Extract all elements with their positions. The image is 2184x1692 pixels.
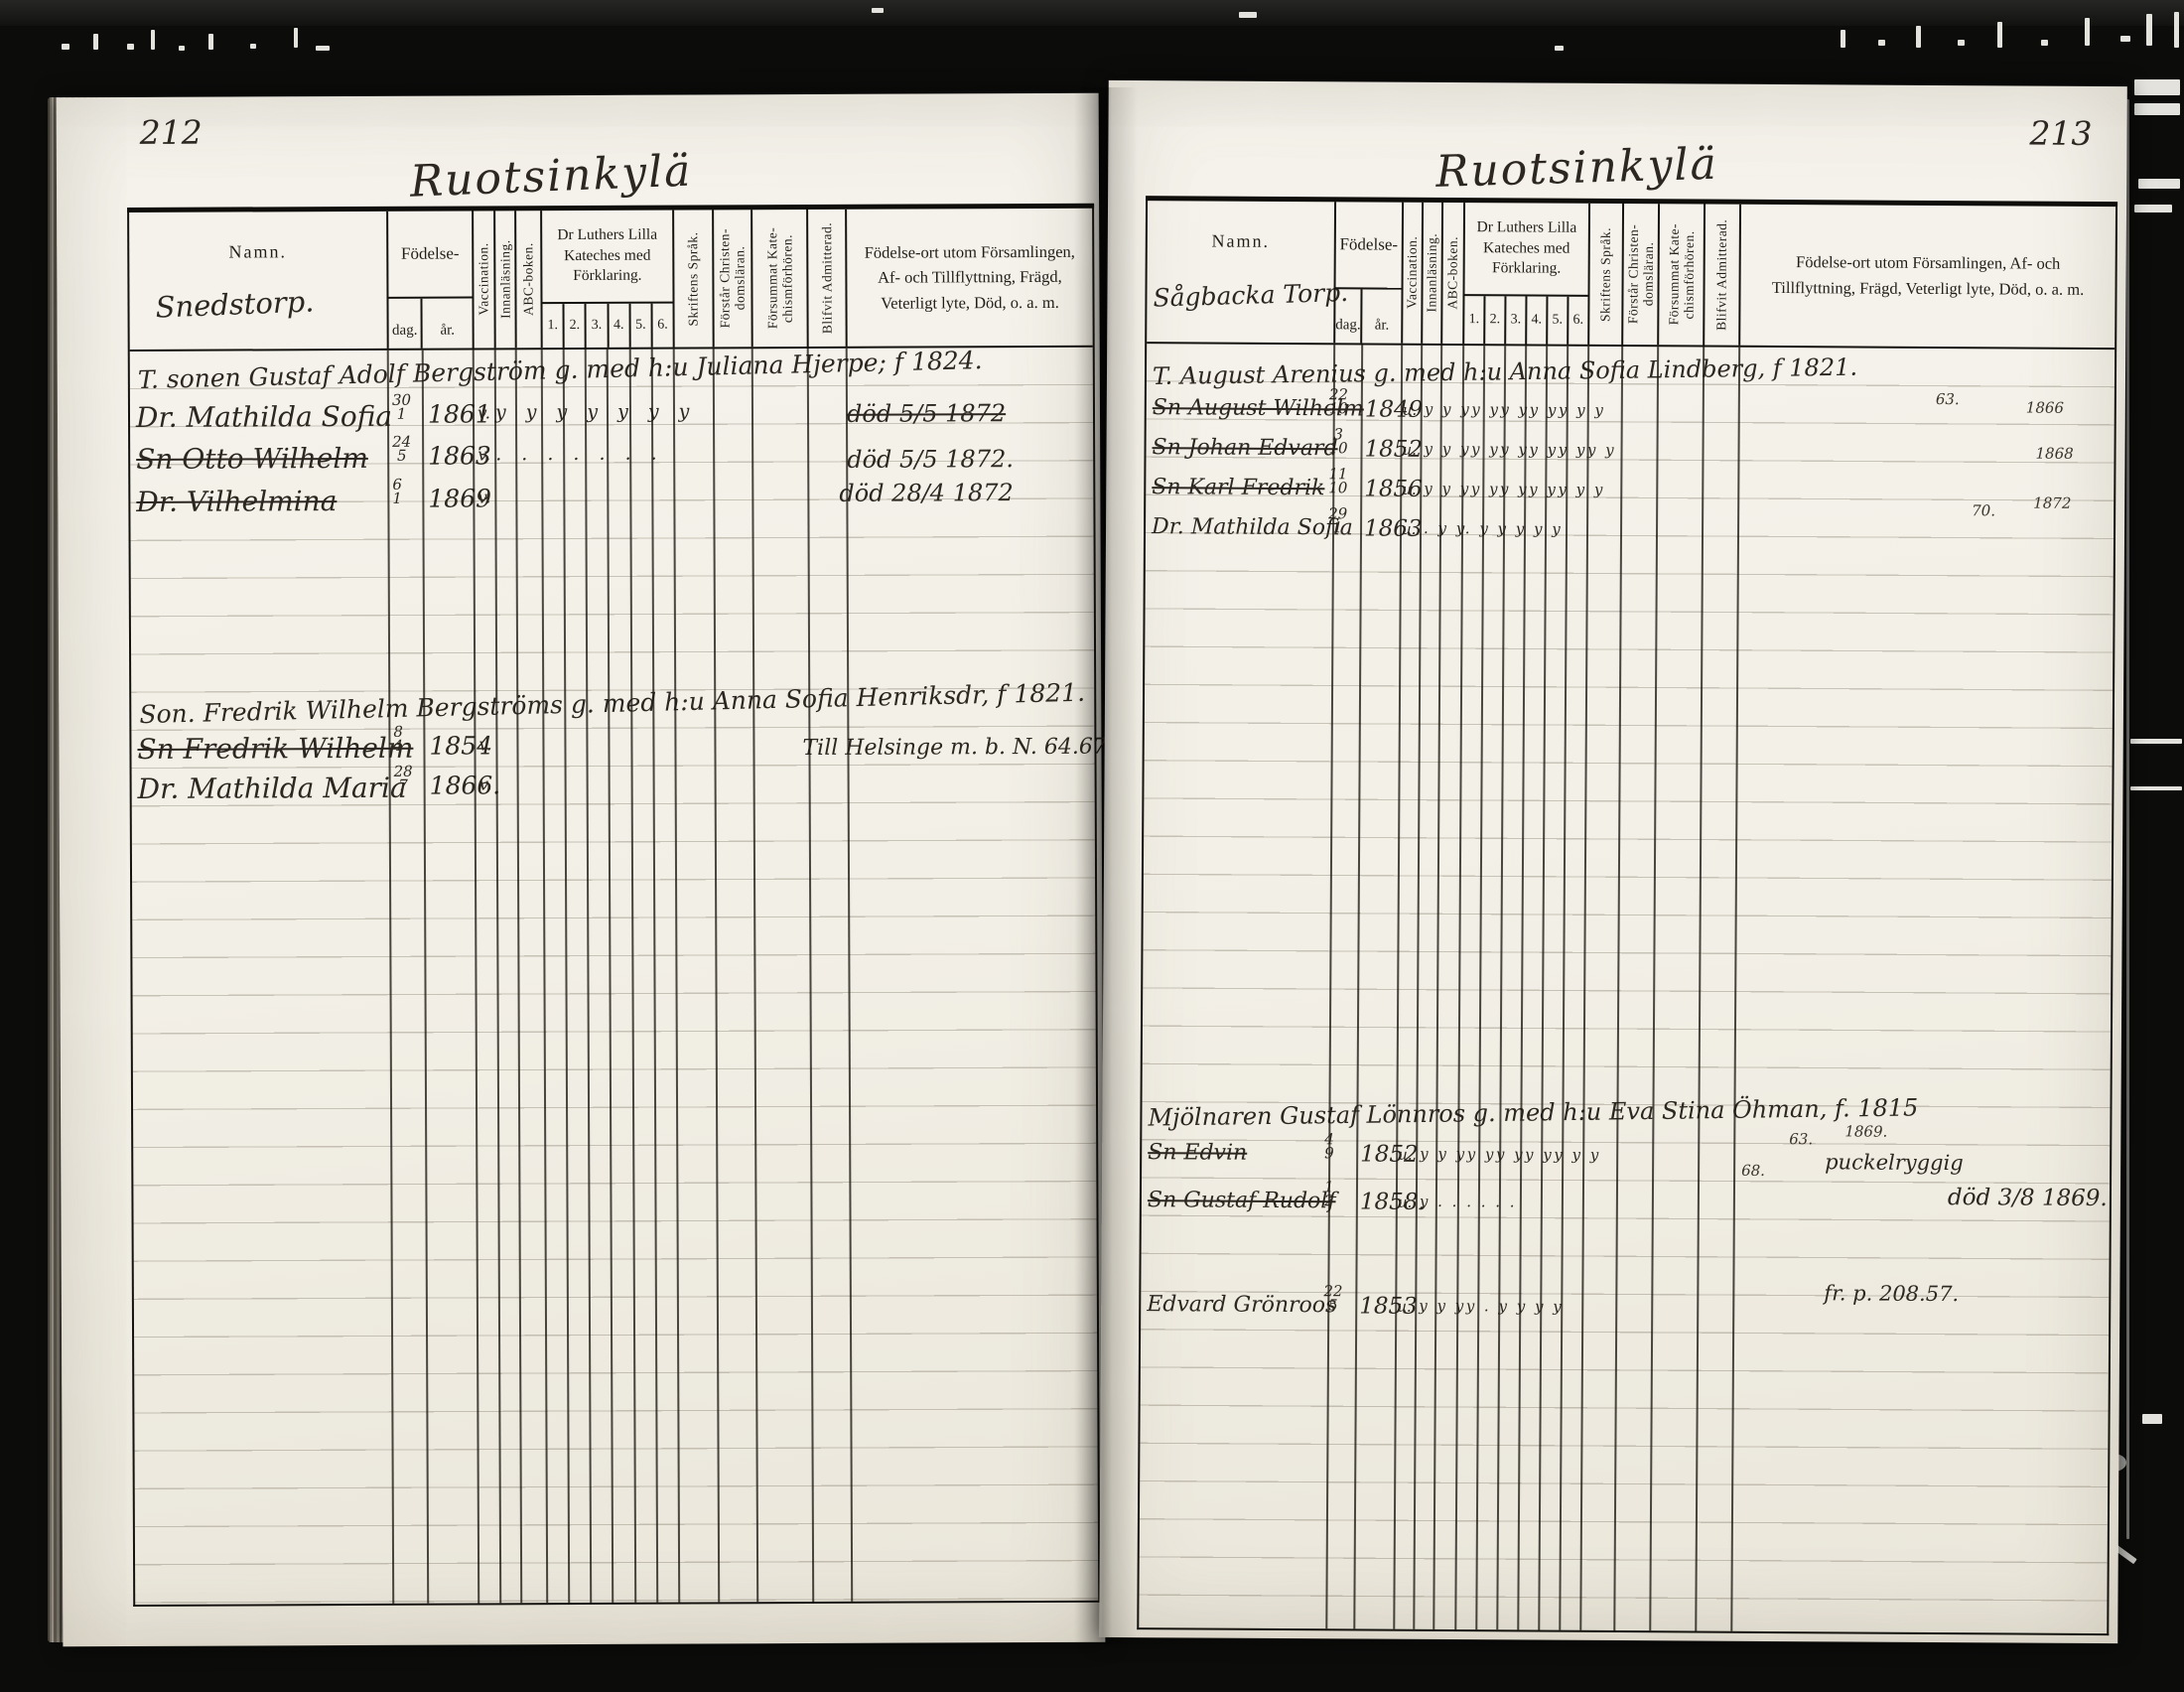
- birth-day: 24 5: [392, 436, 411, 464]
- fodelse-subheader: dag. år.: [388, 298, 472, 348]
- remark-reference-note: fr. p. 208.57.: [1824, 1281, 1959, 1306]
- left-register-table: Namn. Snedstorp. Födelse- dag. år. Vacci…: [127, 204, 1100, 1607]
- birth-day-bottom: 10: [1328, 442, 1347, 456]
- kateches-col-2: 2.: [563, 304, 585, 348]
- catechism-marks: . y y. y y y y y: [1424, 519, 1563, 538]
- abc-boken-header-label: ABC-boken.: [1445, 236, 1461, 310]
- film-frame-mark: [2134, 103, 2180, 115]
- kateches-col-4: 4.: [607, 304, 628, 348]
- kateches-col-5: 5.: [628, 304, 650, 348]
- person-name: Dr. Mathilda Sofia: [136, 400, 392, 434]
- vaccination-mark: u.: [1397, 1298, 1412, 1316]
- person-name: Sn Edvin: [1148, 1140, 1247, 1166]
- table-column-rule: [494, 350, 501, 1603]
- person-name: Sn Fredrik Wilhelm: [137, 732, 413, 766]
- vaccination-mark: v.: [478, 445, 490, 465]
- film-edge-line: [2126, 99, 2129, 1539]
- film-registration-mark: [1916, 26, 1921, 48]
- birth-day-bottom: 1: [392, 493, 402, 506]
- table-row: Edvard Grönroos 22 5 1853 u. y y yy . y …: [1141, 1292, 2109, 1339]
- vaccination-mark: v.: [478, 403, 490, 423]
- header-col-forstar: Förstår Christen­domsläran.: [712, 210, 751, 347]
- birth-day-bottom: 5: [397, 450, 407, 464]
- catechism-marks: y y yy yy yy yy y y: [1425, 400, 1606, 419]
- kateches-col-3: 3.: [585, 304, 607, 348]
- forstar-header-label: Förstår Christen­domsläran.: [1625, 204, 1656, 345]
- person-name: Sn Otto Wilhelm: [136, 442, 368, 476]
- header-col-namn: Namn. Sågbacka Torp.: [1147, 201, 1334, 343]
- fodelse-header-label: Födelse-: [388, 211, 472, 298]
- person-name: Dr. Mathilda Sofia: [1152, 514, 1353, 540]
- catechism-marks: y y y y y y y: [495, 400, 696, 423]
- right-table-header: Namn. Sågbacka Torp. Födelse- dag. år. V…: [1147, 201, 2116, 350]
- catechism-marks: . . . . . . .: [495, 443, 664, 466]
- film-registration-mark: [151, 30, 155, 50]
- film-frame-mark: [2134, 205, 2172, 212]
- table-column-rule: [673, 350, 680, 1603]
- catechism-marks: y y yy yy yy yy y y: [1424, 480, 1605, 498]
- film-registration-mark: [179, 46, 185, 51]
- film-registration-mark: [872, 8, 884, 13]
- table-column-rule: [515, 350, 522, 1603]
- kateches-col-4: 4.: [1525, 296, 1546, 344]
- remarks-header-label: Födelse-ort utom Församlingen, Af- och T…: [847, 238, 1092, 316]
- birth-day-bottom: 4: [393, 740, 403, 754]
- film-registration-mark: [2085, 18, 2090, 46]
- forsummat-header-label: Försummat Kate­chismförhören.: [1666, 204, 1697, 345]
- table-column-rule: [807, 349, 814, 1602]
- table-column-rule: [846, 349, 853, 1602]
- birth-day-bottom: 7: [398, 779, 408, 793]
- header-col-forsummat: Försummat Kate­chismförhören.: [1657, 204, 1704, 345]
- film-registration-mark: [1555, 46, 1564, 51]
- film-registration-mark: [1878, 40, 1885, 46]
- table-column-rule: [541, 350, 548, 1603]
- header-col-kateches: Dr Luthers Lilla Kateches med Förklaring…: [540, 211, 673, 349]
- header-col-forsummat: Försummat Kate­chismförhören.: [751, 210, 807, 347]
- kateches-col-3: 3.: [1504, 296, 1525, 344]
- right-table-body: T. August Arenius g. med h:u Anna Sofia …: [1139, 344, 2115, 1633]
- header-col-forstar: Förstår Christen­domsläran.: [1621, 204, 1658, 345]
- dag-header-label: dag.: [1335, 289, 1363, 343]
- vaccination-mark: u.: [1403, 401, 1418, 419]
- film-frame-mark: [2138, 179, 2180, 189]
- blifvit-header-label: Blifvit Admit­terad.: [819, 222, 835, 334]
- remark-death-note: död 5/5 1872.: [847, 445, 1014, 474]
- kateches-subheader: 1. 2. 3. 4. 5. 6.: [1464, 296, 1587, 345]
- family-head-entry: Son. Fredrik Wilhelm Bergströms g. med h…: [139, 678, 1085, 729]
- birth-day-bottom: 5: [1328, 1299, 1338, 1313]
- person-name: Sn Karl Fredrik: [1152, 475, 1324, 500]
- namn-header-label: Namn.: [1148, 201, 1334, 252]
- film-registration-mark: [1841, 30, 1845, 48]
- right-page-number: 213: [2029, 114, 2092, 153]
- table-column-rule: [651, 350, 658, 1603]
- birth-day-bottom: 1: [397, 408, 407, 422]
- vaccination-header-label: Vaccination.: [477, 243, 491, 316]
- fodelse-header-label: Födelse-: [1336, 202, 1403, 289]
- header-col-innanlasning: Innanläsning.: [493, 211, 515, 348]
- person-name: Dr. Mathilda Maria: [138, 772, 407, 805]
- margin-note: 1869.: [1844, 1122, 1887, 1140]
- header-col-skriftens-sprak: Skriftens Språk.: [1587, 204, 1622, 345]
- catechism-marks: y y yy . y y y y: [1419, 1297, 1564, 1316]
- film-registration-mark: [316, 46, 330, 51]
- right-page: 213 Ruotsinkylä Namn. Sågbacka Torp. Föd…: [1099, 80, 2127, 1643]
- catechism-marks: y . . . . . .: [1420, 1193, 1517, 1211]
- vaccination-mark: u.: [1398, 1194, 1413, 1211]
- kateches-col-6: 6.: [650, 304, 672, 348]
- header-col-remarks: Födelse-ort utom Församlingen, Af- och T…: [1738, 205, 2116, 348]
- film-registration-mark: [127, 44, 134, 50]
- fodelse-subheader: dag. år.: [1335, 289, 1401, 343]
- header-col-vaccination: Vaccination.: [472, 211, 494, 348]
- right-register-table: Namn. Sågbacka Torp. Födelse- dag. år. V…: [1137, 196, 2117, 1635]
- vaccination-mark: u.: [1398, 1146, 1413, 1164]
- book-gutter-shadow: [1074, 87, 1138, 1644]
- birth-day: 22 10: [1329, 388, 1348, 416]
- film-registration-mark: [2146, 14, 2152, 46]
- table-column-rule: [713, 349, 720, 1602]
- film-top-band: [0, 0, 2184, 26]
- kateches-subheader: 1. 2. 3. 4. 5. 6.: [543, 304, 673, 349]
- abc-boken-header-label: ABC-boken.: [521, 242, 536, 316]
- table-row: Sn Edvin 4 9 1852 u. y y yy yy yy yy y y: [1142, 1140, 2110, 1188]
- person-name: Dr. Vilhelmina: [136, 485, 337, 518]
- birth-day: 6 1: [392, 479, 402, 506]
- header-col-fodelse: Födelse- dag. år.: [1333, 202, 1402, 343]
- kateches-col-1: 1.: [1464, 296, 1483, 344]
- innanlasning-header-label: Innanläsning.: [497, 239, 512, 319]
- film-registration-mark: [2120, 36, 2130, 42]
- birth-day: 30 1: [392, 394, 411, 422]
- header-col-namn: Namn. Snedstorp.: [129, 211, 387, 350]
- innanlasning-header-label: Innanläsning.: [1425, 233, 1440, 313]
- birth-day: 22 5: [1323, 1285, 1342, 1313]
- table-row: Dr. Mathilda Sofia 29 1 1863 u. . y y. y…: [1146, 514, 2114, 562]
- table-column-rule: [563, 350, 570, 1603]
- left-page: 212 Ruotsinkylä Namn. Snedstorp. Födelse…: [57, 93, 1106, 1647]
- birth-day: 28 7: [394, 766, 413, 793]
- header-col-fodelse: Födelse- dag. år.: [386, 211, 473, 348]
- table-row: Dr. Mathilda Maria 28 7 1866. v.: [132, 769, 1095, 814]
- table-column-rule: [473, 350, 479, 1603]
- film-frame-mark: [2130, 739, 2182, 744]
- left-place-name: Snedstorp.: [155, 284, 315, 324]
- table-column-rule: [422, 351, 429, 1604]
- header-col-blifvit: Blifvit Admit­terad.: [806, 210, 846, 347]
- vaccination-mark: u.: [1402, 481, 1417, 498]
- scanned-parish-register-spread: { "table_header": { "namn": "Namn.", "fo…: [0, 0, 2184, 1692]
- ar-header-label: år.: [1363, 289, 1402, 343]
- birth-day: 8 4: [393, 726, 403, 754]
- vaccination-mark: v.: [479, 775, 492, 794]
- birth-day-bottom: 10: [1328, 482, 1347, 495]
- remarks-header-label: Födelse-ort utom Församlingen, Af- och T…: [1740, 249, 2115, 302]
- vaccination-mark: v.: [478, 488, 490, 507]
- skriftens-sprak-header-label: Skriftens Språk.: [1598, 226, 1614, 321]
- left-table-body: T. sonen Gustaf Adolf Bergström g. med h…: [130, 348, 1098, 1605]
- birth-day: 29 1: [1328, 507, 1347, 535]
- remark-death-note: död 28/4 1872: [839, 479, 1014, 507]
- kateches-header-label: Dr Luthers Lilla Kateches med Förklaring…: [542, 211, 672, 305]
- left-page-number: 212: [140, 113, 203, 152]
- catechism-marks: y y yy yy yy yy y y: [1420, 1145, 1601, 1164]
- film-frame-mark: [2130, 786, 2182, 790]
- table-column-rule: [585, 350, 592, 1603]
- birth-day: 3 10: [1328, 428, 1347, 456]
- film-registration-mark: [208, 34, 213, 50]
- header-col-blifvit: Blifvit Admit­terad.: [1703, 205, 1739, 346]
- film-registration-mark: [1997, 22, 2002, 48]
- kateches-col-5: 5.: [1546, 297, 1567, 345]
- film-registration-mark: [1239, 12, 1257, 18]
- dag-header-label: dag.: [388, 299, 422, 349]
- vaccination-mark: v.: [478, 735, 491, 755]
- film-registration-mark: [250, 44, 256, 49]
- margin-note: 68.: [1741, 1162, 1765, 1180]
- person-name: Edvard Grönroos: [1147, 1292, 1336, 1318]
- remark-death-note: död 5/5 1872: [847, 399, 1006, 428]
- vaccination-header-label: Vaccination.: [1405, 236, 1421, 309]
- right-page-title: Ruotsinkylä: [1435, 139, 1719, 198]
- header-col-abc-boken: ABC-boken.: [514, 211, 541, 348]
- forstar-header-label: Förstår Christen­domsläran.: [717, 210, 748, 347]
- kateches-header-label: Dr Luthers Lilla Kateches med Förklaring…: [1464, 203, 1588, 297]
- table-column-rule: [629, 350, 636, 1603]
- table-column-rule: [751, 349, 758, 1602]
- remark-infirmity-note: puckelryggig: [1825, 1150, 1964, 1175]
- film-frame-mark: [2142, 1414, 2162, 1424]
- film-registration-mark: [2041, 40, 2048, 46]
- remark-death-note: död 3/8 1869.: [1948, 1185, 2108, 1211]
- left-table-header: Namn. Snedstorp. Födelse- dag. år. Vacci…: [129, 209, 1093, 352]
- film-frame-mark: [2134, 79, 2180, 95]
- header-col-abc-boken: ABC-boken.: [1440, 203, 1463, 344]
- header-col-remarks: Födelse-ort utom Församlingen, Af- och T…: [845, 209, 1093, 347]
- header-col-skriftens-sprak: Skriftens Språk.: [672, 210, 713, 347]
- header-col-vaccination: Vaccination.: [1401, 203, 1422, 344]
- kateches-col-6: 6.: [1567, 297, 1587, 345]
- header-col-innanlasning: Innanläsning.: [1421, 203, 1441, 344]
- film-registration-mark: [294, 28, 298, 48]
- table-column-rule: [387, 351, 394, 1604]
- birth-day-bottom: 10: [1329, 402, 1348, 416]
- kateches-col-2: 2.: [1483, 296, 1504, 344]
- person-name: Sn Gustaf Rudolf: [1148, 1188, 1336, 1213]
- forsummat-header-label: Försummat Kate­chismförhören.: [764, 210, 795, 347]
- family-head-entry: Mjölnaren Gustaf Lönnros g. med h:u Eva …: [1148, 1093, 1918, 1131]
- family-head-entry: T. sonen Gustaf Adolf Bergström g. med h…: [138, 346, 983, 394]
- film-registration-mark: [62, 44, 69, 50]
- namn-header-label: Namn.: [129, 211, 386, 263]
- vaccination-mark: u.: [1402, 441, 1417, 459]
- birth-day: 11 10: [1328, 468, 1347, 495]
- birth-day-bottom: 1: [1333, 521, 1343, 535]
- right-place-name: Sågbacka Torp.: [1153, 278, 1348, 313]
- kateches-col-1: 1.: [543, 304, 563, 348]
- film-registration-mark: [1958, 40, 1965, 46]
- film-registration-mark: [93, 34, 98, 50]
- table-column-rule: [607, 350, 614, 1603]
- blifvit-header-label: Blifvit Admit­terad.: [1714, 218, 1730, 330]
- ar-header-label: år.: [423, 298, 473, 348]
- film-registration-mark: [2174, 12, 2179, 48]
- vaccination-mark: u.: [1402, 520, 1417, 538]
- header-col-kateches: Dr Luthers Lilla Kateches med Förklaring…: [1462, 203, 1588, 345]
- remark-moved-note: Till Helsinge m. b. N. 64.67.: [802, 735, 1113, 761]
- person-name: Sn Johan Edvard: [1152, 435, 1337, 461]
- skriftens-sprak-header-label: Skriftens Språk.: [686, 231, 702, 326]
